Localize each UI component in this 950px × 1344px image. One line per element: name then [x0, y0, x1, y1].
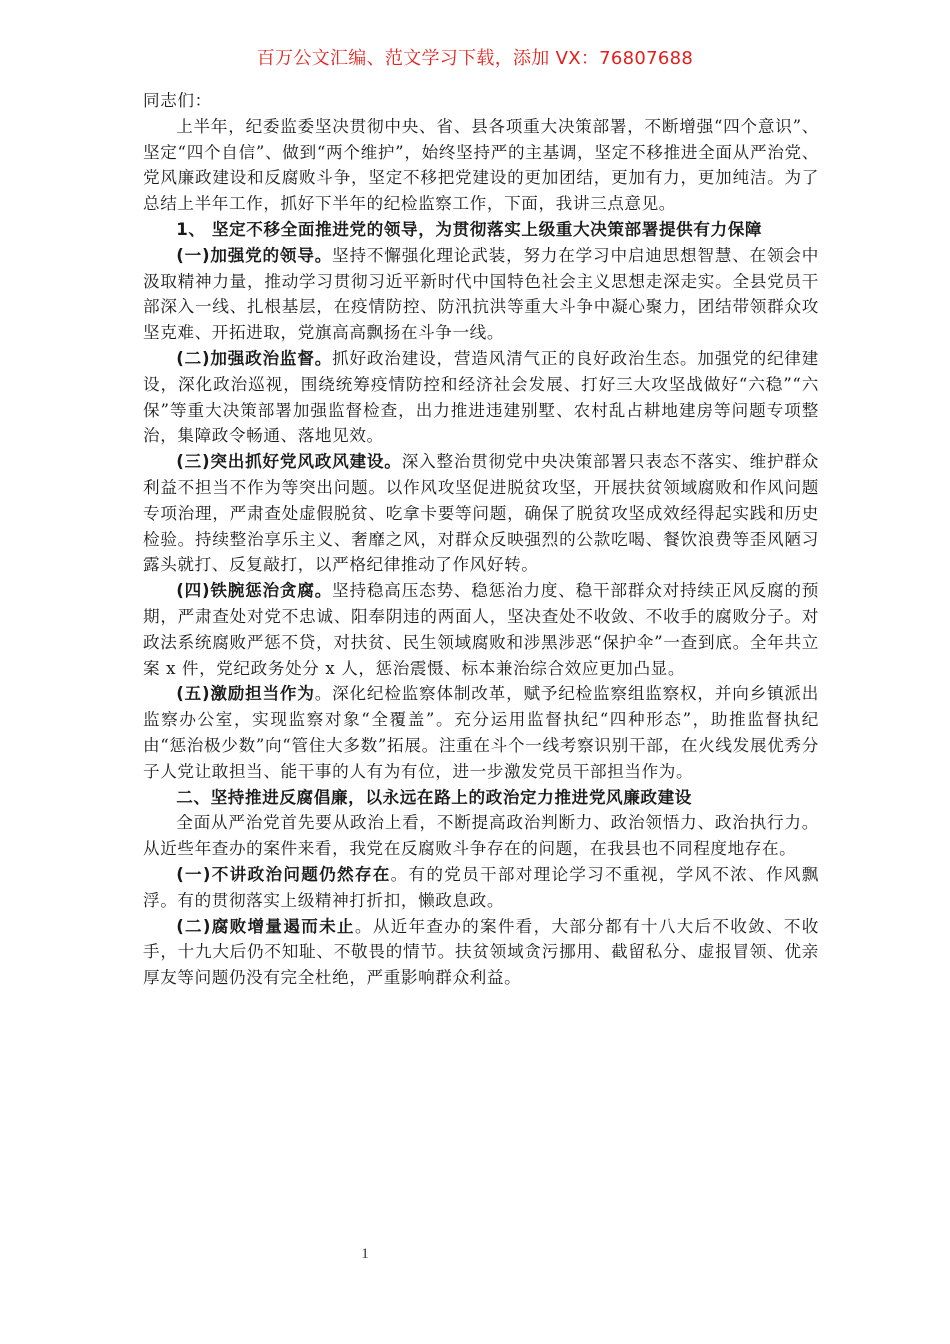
section-1-item-5: (五)激励担当作为。深化纪检监察体制改革，赋予纪检监察组监察权，并向乡镇派出监察… — [143, 681, 819, 784]
item-title: (二)腐败增量遏而未止 — [176, 917, 355, 936]
document-body: 同志们： 上半年，纪委监委坚决贯彻中央、省、县各项重大决策部署，不断增强“四个意… — [143, 88, 819, 991]
section-1-item-3: (三)突出抓好党风政风建设。深入整治贯彻党中央决策部署只表态不落实、维护群众利益… — [143, 449, 819, 578]
section-2-intro: 全面从严治党首先要从政治上看，不断提高政治判断力、政治领悟力、政治执行力。从近些… — [143, 810, 819, 862]
page-number: 1 — [355, 1246, 375, 1263]
section-1-item-1: (一)加强党的领导。坚持不懈强化理论武装，努力在学习中启迪思想智慧、在领会中汲取… — [143, 243, 819, 346]
section-2-heading: 二、坚持推进反腐倡廉，以永远在路上的政治定力推进党风廉政建设 — [143, 785, 819, 811]
item-title: (四)铁腕惩治贪腐。 — [176, 581, 332, 600]
intro-paragraph: 上半年，纪委监委坚决贯彻中央、省、县各项重大决策部署，不断增强“四个意识”、坚定… — [143, 114, 819, 217]
section-2-item-1: (一)不讲政治问题仍然存在。有的党员干部对理论学习不重视，学风不浓、作风飘浮。有… — [143, 862, 819, 914]
item-title: (一)加强党的领导。 — [176, 246, 332, 265]
item-title: (二)加强政治监督。 — [176, 349, 332, 368]
section-2-item-2: (二)腐败增量遏而未止。从近年查办的案件看，大部分都有十八大后不收敛、不收手，十… — [143, 914, 819, 991]
section-1-heading: 1、 坚定不移全面推进党的领导，为贯彻落实上级重大决策部署提供有力保障 — [143, 217, 819, 243]
item-title: (一)不讲政治问题仍然存在 — [176, 865, 390, 884]
item-title: (三)突出抓好党风政风建设。 — [176, 452, 402, 471]
section-1-item-2: (二)加强政治监督。抓好政治建设，营造风清气正的良好政治生态。加强党的纪律建设，… — [143, 346, 819, 449]
document-page: 百万公文汇编、范文学习下载，添加 VX：76807688 同志们： 上半年，纪委… — [0, 0, 950, 1344]
item-title: (五)激励担当作为 — [176, 684, 315, 703]
watermark-header: 百万公文汇编、范文学习下载，添加 VX：76807688 — [0, 46, 950, 72]
section-1-item-4: (四)铁腕惩治贪腐。坚持稳高压态势、稳惩治力度、稳干部群众对持续正风反腐的预期，… — [143, 578, 819, 681]
salutation: 同志们： — [143, 88, 819, 114]
